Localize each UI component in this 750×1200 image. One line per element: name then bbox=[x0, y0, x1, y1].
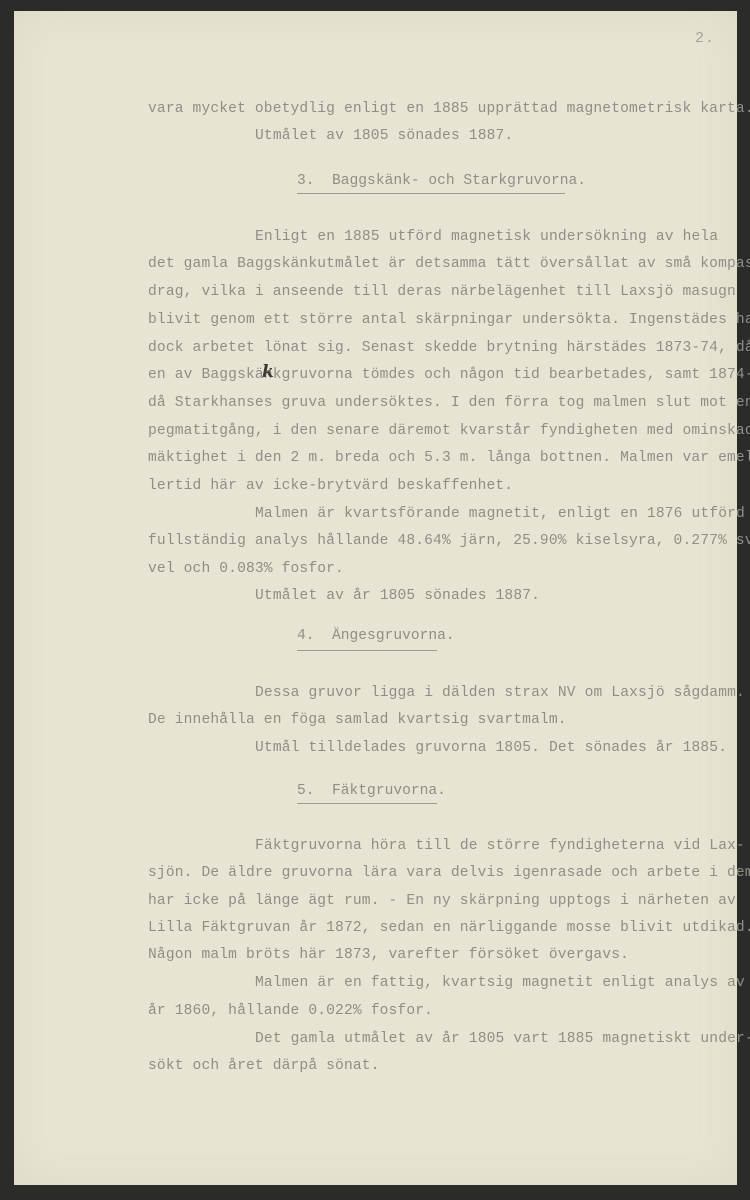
page-number: 2. bbox=[695, 30, 715, 47]
text-line: blivit genom ett större antal skärpninga… bbox=[148, 310, 750, 330]
text-line: Dessa gruvor ligga i dälden strax NV om … bbox=[255, 683, 745, 703]
text-line: det gamla Baggskänkutmålet är detsamma t… bbox=[148, 254, 750, 274]
text-line: Lilla Fäktgruvan år 1872, sedan en närli… bbox=[148, 918, 750, 938]
heading-underline bbox=[297, 193, 565, 194]
section-heading-4: 4. Ängesgruvorna. bbox=[297, 626, 455, 646]
text-line: har icke på länge ägt rum. - En ny skärp… bbox=[148, 891, 736, 911]
text-line: dock arbetet lönat sig. Senast skedde br… bbox=[148, 338, 750, 358]
text-line: Fäktgruvorna höra till de större fyndigh… bbox=[255, 836, 745, 856]
text-line: en av Baggskänkgruvorna tömdes och någon… bbox=[148, 365, 750, 385]
text-line: Utmål tilldelades gruvorna 1805. Det sön… bbox=[255, 738, 727, 758]
heading-underline bbox=[297, 650, 437, 651]
text-line: Malmen är kvartsförande magnetit, enligt… bbox=[255, 504, 745, 524]
text-line: sjön. De äldre gruvorna lära vara delvis… bbox=[148, 863, 750, 883]
heading-underline bbox=[297, 803, 437, 804]
text-line: Någon malm bröts här 1873, varefter förs… bbox=[148, 945, 629, 965]
text-line: vara mycket obetydlig enligt en 1885 upp… bbox=[148, 99, 750, 119]
text-line: drag, vilka i anseende till deras närbel… bbox=[148, 282, 736, 302]
text-line: Enligt en 1885 utförd magnetisk undersök… bbox=[255, 227, 718, 247]
text-line: mäktighet i den 2 m. breda och 5.3 m. lå… bbox=[148, 448, 750, 468]
text-line: Utmålet av 1805 sönades 1887. bbox=[255, 126, 513, 146]
text-line: fullständig analys hållande 48.64% järn,… bbox=[148, 531, 750, 551]
text-line: då Starkhanses gruva undersöktes. I den … bbox=[148, 393, 750, 413]
text-line: pegmatitgång, i den senare däremot kvars… bbox=[148, 421, 750, 441]
text-line: Malmen är en fattig, kvartsig magnetit e… bbox=[255, 973, 745, 993]
text-line: sökt och året därpå sönat. bbox=[148, 1056, 380, 1076]
text-line: vel och 0.083% fosfor. bbox=[148, 559, 344, 579]
text-line: Utmålet av år 1805 sönades 1887. bbox=[255, 586, 540, 606]
section-heading-3: 3. Baggskänk- och Starkgruvorna. bbox=[297, 171, 586, 191]
handwritten-correction-mark: k bbox=[262, 362, 274, 382]
text-line: Det gamla utmålet av år 1805 vart 1885 m… bbox=[255, 1029, 750, 1049]
section-heading-5: 5. Fäktgruvorna. bbox=[297, 781, 446, 801]
text-line: De innehålla en föga samlad kvartsig sva… bbox=[148, 710, 567, 730]
text-line: år 1860, hållande 0.022% fosfor. bbox=[148, 1001, 433, 1021]
text-line: lertid här av icke-brytvärd beskaffenhet… bbox=[148, 476, 513, 496]
